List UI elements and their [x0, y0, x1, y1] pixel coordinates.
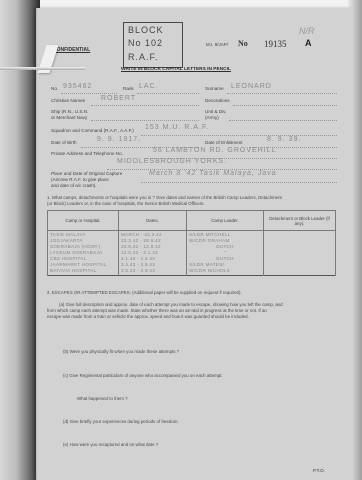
- question2a-text-3: escape was made from a train or vehicle …: [47, 314, 249, 319]
- dates-column: MARCH - 22.3.42 22.3.42 - 26.6.42 26.6.4…: [119, 231, 187, 276]
- capture-value: March 8 '42 Tasik Malaya, Java: [149, 170, 277, 177]
- no-value: 935462: [63, 83, 92, 90]
- header-camp-leader: Camp Leader.: [187, 211, 264, 231]
- handwritten-annotation: N/R: [299, 26, 315, 36]
- squadron-value: 153 M.U. R.A.F.: [145, 124, 209, 131]
- decorations-label: Decorations: [205, 98, 230, 103]
- question1-text: 1. What camps, detachments or hospitals …: [47, 195, 282, 200]
- enlistment-label: Date of Enlistment: [205, 140, 243, 145]
- address-line2: MIDDLESBROUGH YORKS.: [117, 158, 227, 165]
- surname-label: Surname: [205, 86, 224, 91]
- rank-label: Rank: [123, 86, 134, 91]
- page-turn-note: P.T.O.: [313, 468, 325, 473]
- block-stamp: BLOCK No 102 R.A.F.: [123, 22, 183, 68]
- header-dates: Dates.: [119, 211, 187, 231]
- christian-names-label: Christian Names: [51, 98, 85, 103]
- squadron-label: Squadron and Command (R.A.F., A.A.F.): [51, 128, 134, 133]
- serial-prefix: No: [238, 39, 248, 48]
- enlistment-value: 8. 9. 39.: [267, 136, 301, 143]
- question2-heading: 2. ESCAPES OR ATTEMPTED ESCAPES. (Additi…: [47, 290, 242, 295]
- detachment-column: [264, 231, 336, 276]
- stamp-line3: R.A.F.: [128, 52, 159, 62]
- question2a-text-2: from which camp each attempt was made. S…: [47, 308, 267, 313]
- serial-suffix: A: [305, 38, 312, 48]
- instruction-heading: WRITE IN BLOCK CAPITAL LETTERS IN PENCIL: [121, 67, 231, 72]
- no-label: No.: [51, 86, 58, 91]
- dob-value: 9. 9. 1917.: [97, 136, 141, 143]
- confidential-label: CONFIDENTIAL: [53, 47, 90, 53]
- surname-value: LEONARD: [231, 83, 272, 90]
- unit-label: Unit & Div.: [205, 109, 226, 114]
- ship-label-2: or Merchant Navy: [51, 115, 87, 120]
- capture-label: Place and Date of Original Capture: [51, 171, 122, 176]
- document-page: CONFIDENTIAL BLOCK No 102 R.A.F. M.I. 9/…: [36, 8, 351, 480]
- stamp-line1: BLOCK: [128, 25, 164, 35]
- dob-label: Date of Birth: [51, 140, 77, 145]
- ship-label: Ship (R.N., U.S.N.: [51, 109, 88, 114]
- question2a-text: (a) Give full description and approx. da…: [59, 302, 283, 307]
- serial-number: 19135: [264, 39, 287, 49]
- capture-label-2: (Aircrew R.A.F. to give place: [51, 177, 109, 182]
- header-detachment-leader: Detachment or Block Leader (if any).: [264, 211, 336, 231]
- header-camp: Camp or Hospital.: [48, 211, 119, 231]
- date-entry: 3.5.43 - 3.9.43: [121, 268, 184, 274]
- question2b-text: (b) Were you physically fit when you mad…: [63, 349, 179, 354]
- capture-label-3: and date of a/c crash).: [51, 183, 97, 188]
- question2c-text: (c) Give Regimental particulars of anyon…: [63, 373, 223, 378]
- leader-entry: W/CDR NICHOLS: [189, 268, 261, 274]
- camp-entry: BATAVIA HOSPITAL: [50, 268, 116, 274]
- christian-names-value: ROBERT: [101, 95, 136, 102]
- address-label: Private Address and Telephone No.: [51, 151, 123, 156]
- camps-table: Camp or Hospital. Dates. Camp Leader. De…: [47, 210, 336, 276]
- unit-label-2: (Army): [205, 115, 219, 120]
- question2d-text: (d) Give briefly your experiences during…: [63, 419, 179, 424]
- stamp-line2: No 102: [128, 38, 163, 48]
- question2e-text: (e) How were you recaptured and on what …: [63, 442, 158, 447]
- leader-column: S/LDR MITCHELL W/CDR GRAHAM DUTCH " DUTC…: [187, 231, 264, 276]
- camp-column: TASIK MALAYA JOGJAKARTA SOERABAJA (HOSP.…: [48, 231, 119, 276]
- question1-text-2: (or Block) Leaders or, in the case of ho…: [47, 201, 205, 206]
- tag-string: [0, 67, 85, 70]
- form-reference: M.I. 9/JAP/: [206, 42, 228, 47]
- rank-value: LAC.: [139, 83, 159, 90]
- background-folder-edge: [0, 0, 40, 480]
- question2c-followup: What happened to them ?: [77, 396, 128, 401]
- address-line1: 56 LAMBTON RD. GROVEHILL: [153, 147, 276, 154]
